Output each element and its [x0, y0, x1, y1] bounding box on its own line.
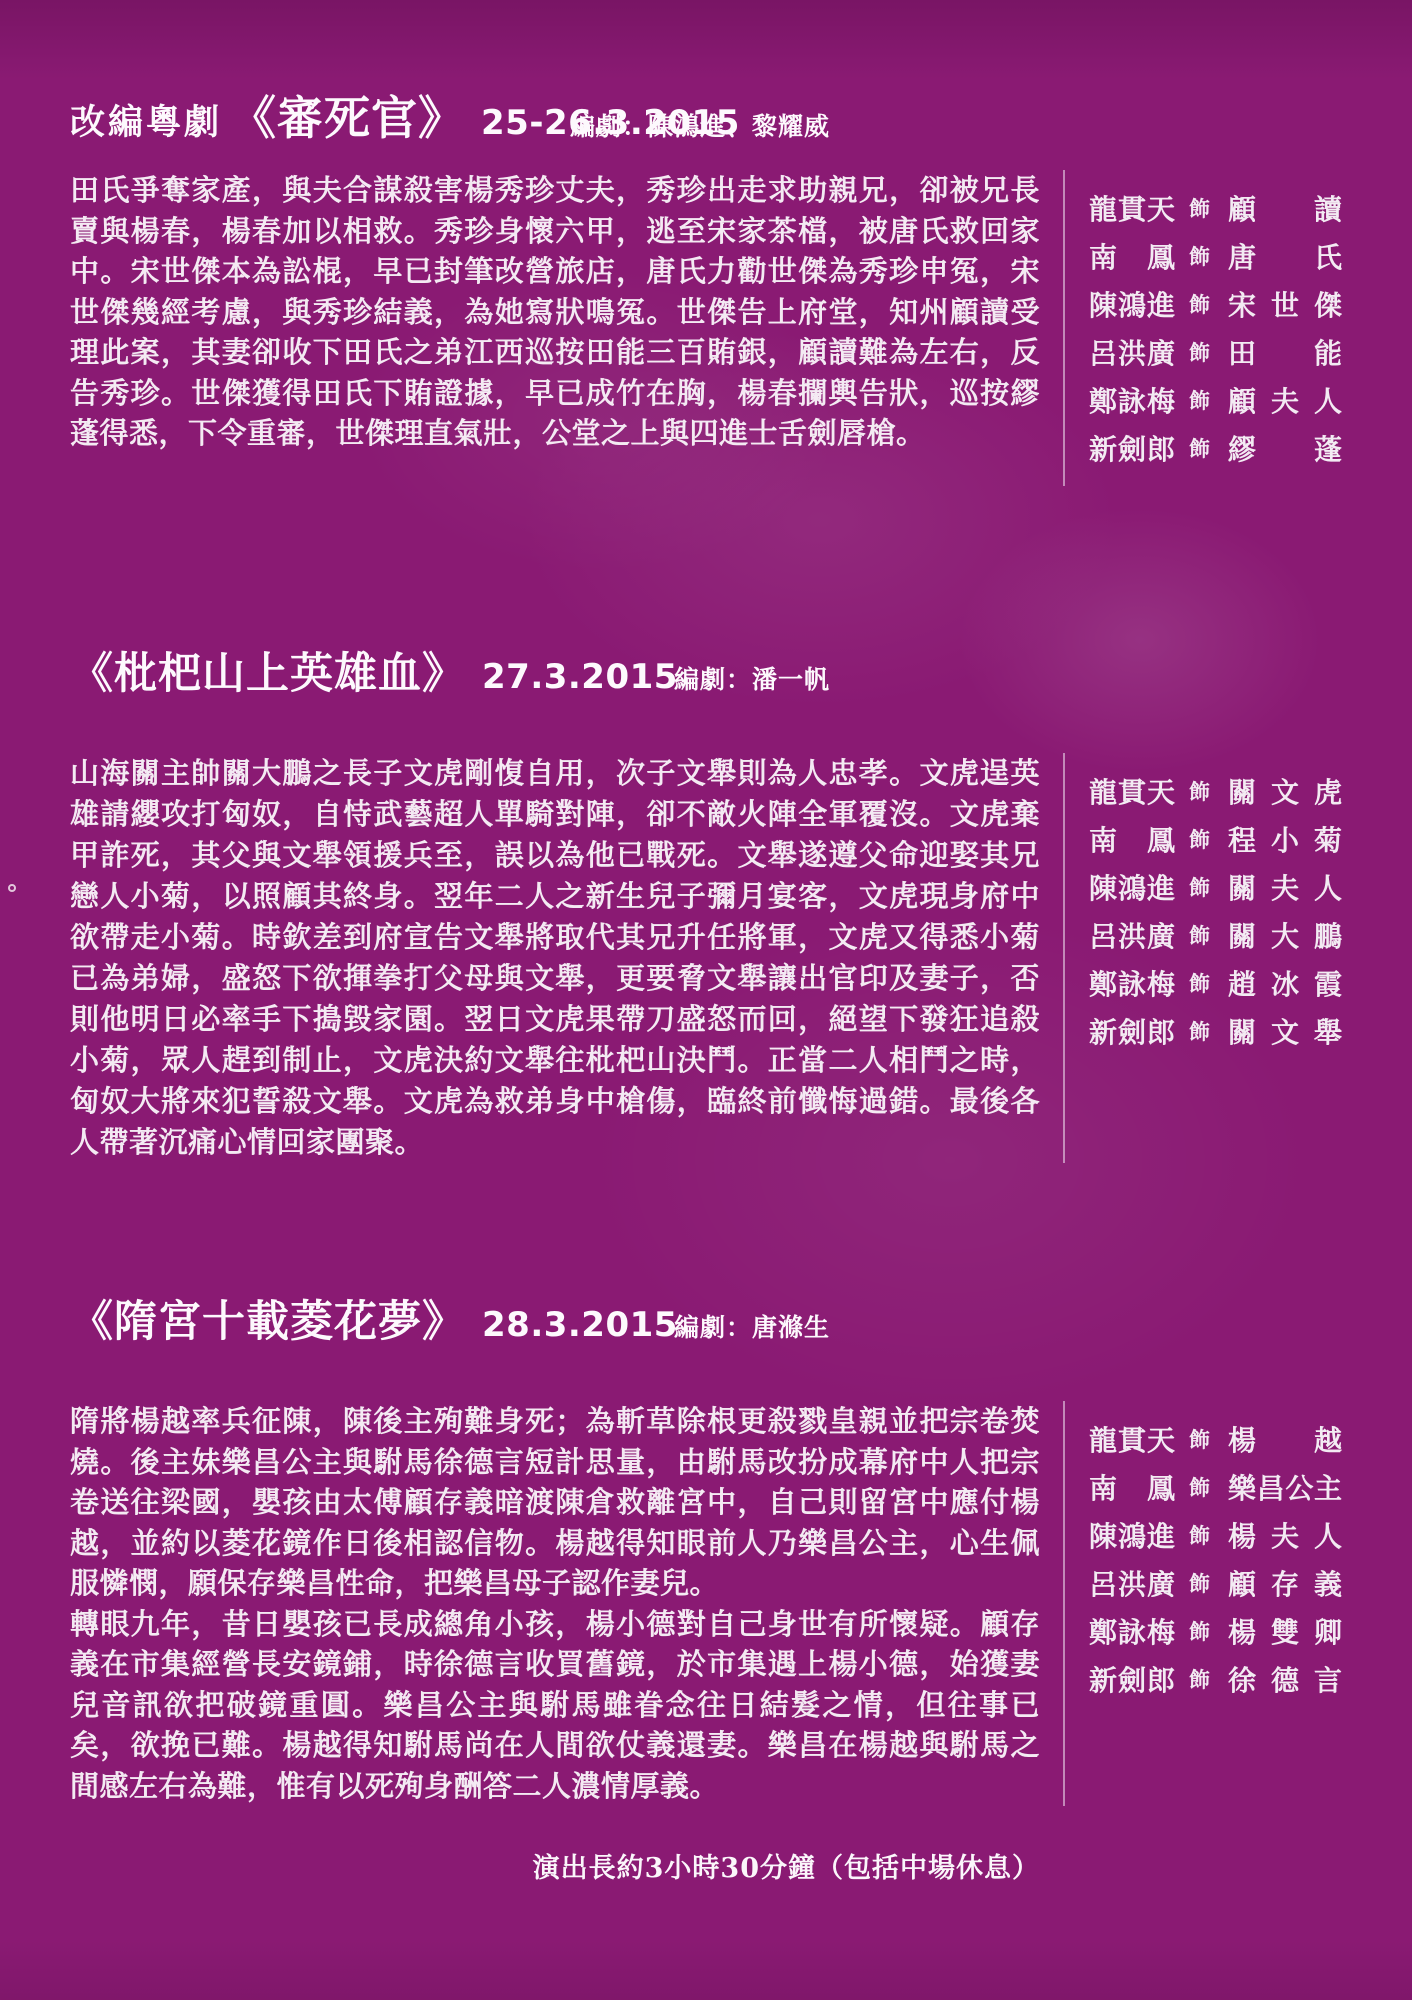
cast-row: 陳鴻進 飾 關夫人: [1089, 863, 1342, 911]
plays-label: 飾: [1189, 872, 1210, 902]
cast-row: 呂洪廣 飾 顧存義: [1089, 1559, 1342, 1607]
role-name: 樂昌公主: [1228, 1467, 1342, 1507]
synopsis-paragraph: 田氏爭奪家產，與夫合謀殺害楊秀珍丈夫，秀珍出走求助親兄，卻被兄長賣與楊春，楊春加…: [70, 170, 1040, 454]
role-name: 繆蓬: [1228, 428, 1342, 468]
actor-name: 龍貫天: [1089, 188, 1175, 228]
actor-name: 呂洪廣: [1089, 1563, 1175, 1603]
show-title: 《枇杷山上英雄血》: [70, 640, 466, 701]
synopsis: 田氏爭奪家產，與夫合謀殺害楊秀珍丈夫，秀珍出走求助親兄，卻被兄長賣與楊春，楊春加…: [70, 170, 1040, 486]
role-name: 顧存義: [1228, 1563, 1342, 1603]
role-name: 程小菊: [1228, 819, 1342, 859]
plays-label: 飾: [1189, 1616, 1210, 1646]
actor-name: 新劍郎: [1089, 1011, 1175, 1051]
show-title: 《隋宮十載菱花夢》: [70, 1288, 466, 1349]
actor-name: 龍貫天: [1089, 1419, 1175, 1459]
show-genre-prefix: 改編粵劇: [70, 95, 222, 145]
scan-speck: [8, 884, 16, 892]
role-name: 楊夫人: [1228, 1515, 1342, 1555]
synopsis-paragraph: 轉眼九年，昔日嬰孩已長成總角小孩，楊小德對自己身世有所懷疑。顧存義在市集經營長安…: [70, 1604, 1040, 1807]
section-header: 改編粵劇 《審死官》 25-26.3.2015 編劇：陳鴻進、黎耀威: [70, 82, 1342, 148]
cast-row: 鄭詠梅 飾 楊雙卿: [1089, 1607, 1342, 1655]
cast-row: 新劍郎 飾 關文舉: [1089, 1007, 1342, 1055]
actor-name: 呂洪廣: [1089, 915, 1175, 955]
role-name: 田能: [1228, 332, 1342, 372]
cast-row: 新劍郎 飾 繆蓬: [1089, 424, 1342, 472]
plays-label: 飾: [1189, 241, 1210, 271]
actor-name: 陳鴻進: [1089, 1515, 1175, 1555]
role-name: 關文虎: [1228, 771, 1342, 811]
actor-name: 鄭詠梅: [1089, 1611, 1175, 1651]
section-body: 隋將楊越率兵征陳，陳後主殉難身死；為斬草除根更殺戮皇親並把宗卷焚燒。後主妹樂昌公…: [70, 1401, 1342, 1806]
plays-label: 飾: [1189, 824, 1210, 854]
role-name: 徐德言: [1228, 1659, 1342, 1699]
section-body: 田氏爭奪家產，與夫合謀殺害楊秀珍丈夫，秀珍出走求助親兄，卻被兄長賣與楊春，楊春加…: [70, 170, 1342, 486]
section-body: 山海關主帥關大鵬之長子文虎剛愎自用，次子文舉則為人忠孝。文虎逞英雄請纓攻打匈奴，…: [70, 753, 1342, 1163]
plays-label: 飾: [1189, 385, 1210, 415]
playwright-credit: 編劇：潘一帆: [674, 660, 830, 696]
programme-page: { "page": { "background": "#8a1a73", "te…: [0, 0, 1412, 2000]
plays-label: 飾: [1189, 193, 1210, 223]
actor-name: 呂洪廣: [1089, 332, 1175, 372]
actor-name: 新劍郎: [1089, 1659, 1175, 1699]
plays-label: 飾: [1189, 776, 1210, 806]
role-name: 顧夫人: [1228, 380, 1342, 420]
role-name: 楊雙卿: [1228, 1611, 1342, 1651]
role-name: 唐氏: [1228, 236, 1342, 276]
role-name: 顧讀: [1228, 188, 1342, 228]
synopsis: 山海關主帥關大鵬之長子文虎剛愎自用，次子文舉則為人忠孝。文虎逞英雄請纓攻打匈奴，…: [70, 753, 1040, 1163]
plays-label: 飾: [1189, 1664, 1210, 1694]
plays-label: 飾: [1189, 968, 1210, 998]
show-section-sui-gung: 《隋宮十載菱花夢》 28.3.2015 編劇：唐滌生 隋將楊越率兵征陳，陳後主殉…: [70, 1288, 1342, 1806]
plays-label: 飾: [1189, 1424, 1210, 1454]
cast-list: 龍貫天 飾 顧讀 南鳳 飾 唐氏 陳鴻進 飾 宋世傑 呂洪廣 飾 田能 鄭詠梅: [1063, 170, 1342, 486]
plays-label: 飾: [1189, 1016, 1210, 1046]
role-name: 宋世傑: [1228, 284, 1342, 324]
plays-label: 飾: [1189, 920, 1210, 950]
plays-label: 飾: [1189, 289, 1210, 319]
cast-row: 呂洪廣 飾 關大鵬: [1089, 911, 1342, 959]
actor-name: 陳鴻進: [1089, 284, 1175, 324]
runtime-note: 演出長約3小時30分鐘（包括中場休息）: [533, 1846, 1040, 1885]
show-date: 27.3.2015: [482, 657, 678, 697]
show-section-sam-sei-gun: 改編粵劇 《審死官》 25-26.3.2015 編劇：陳鴻進、黎耀威 田氏爭奪家…: [70, 82, 1342, 486]
cast-list: 龍貫天 飾 關文虎 南鳳 飾 程小菊 陳鴻進 飾 關夫人 呂洪廣 飾 關大鵬 鄭…: [1063, 753, 1342, 1163]
cast-row: 南鳳 飾 唐氏: [1089, 232, 1342, 280]
role-name: 關夫人: [1228, 867, 1342, 907]
playwright-credit: 編劇：唐滌生: [674, 1308, 830, 1344]
cast-row: 南鳳 飾 程小菊: [1089, 815, 1342, 863]
show-date: 28.3.2015: [482, 1305, 678, 1345]
playwright-credit: 編劇：陳鴻進、黎耀威: [570, 107, 830, 143]
plays-label: 飾: [1189, 337, 1210, 367]
synopsis: 隋將楊越率兵征陳，陳後主殉難身死；為斬草除根更殺戮皇親並把宗卷焚燒。後主妹樂昌公…: [70, 1401, 1040, 1806]
section-header: 《隋宮十載菱花夢》 28.3.2015 編劇：唐滌生: [70, 1288, 1342, 1349]
cast-row: 龍貫天 飾 楊越: [1089, 1415, 1342, 1463]
plays-label: 飾: [1189, 1520, 1210, 1550]
section-header: 《枇杷山上英雄血》 27.3.2015 編劇：潘一帆: [70, 640, 1342, 701]
cast-row: 南鳳 飾 樂昌公主: [1089, 1463, 1342, 1511]
cast-row: 新劍郎 飾 徐德言: [1089, 1655, 1342, 1703]
role-name: 趙冰霞: [1228, 963, 1342, 1003]
show-section-pei-pa-shan: 《枇杷山上英雄血》 27.3.2015 編劇：潘一帆 山海關主帥關大鵬之長子文虎…: [70, 640, 1342, 1163]
synopsis-paragraph: 山海關主帥關大鵬之長子文虎剛愎自用，次子文舉則為人忠孝。文虎逞英雄請纓攻打匈奴，…: [70, 753, 1040, 1163]
actor-name: 南鳳: [1089, 236, 1175, 276]
actor-name: 龍貫天: [1089, 771, 1175, 811]
actor-name: 新劍郎: [1089, 428, 1175, 468]
cast-row: 陳鴻進 飾 宋世傑: [1089, 280, 1342, 328]
cast-row: 鄭詠梅 飾 顧夫人: [1089, 376, 1342, 424]
plays-label: 飾: [1189, 433, 1210, 463]
cast-list: 龍貫天 飾 楊越 南鳳 飾 樂昌公主 陳鴻進 飾 楊夫人 呂洪廣 飾 顧存義 鄭…: [1063, 1401, 1342, 1806]
actor-name: 鄭詠梅: [1089, 963, 1175, 1003]
synopsis-paragraph: 隋將楊越率兵征陳，陳後主殉難身死；為斬草除根更殺戮皇親並把宗卷焚燒。後主妹樂昌公…: [70, 1401, 1040, 1604]
cast-row: 龍貫天 飾 關文虎: [1089, 767, 1342, 815]
cast-row: 鄭詠梅 飾 趙冰霞: [1089, 959, 1342, 1007]
plays-label: 飾: [1189, 1568, 1210, 1598]
cast-row: 龍貫天 飾 顧讀: [1089, 184, 1342, 232]
role-name: 關大鵬: [1228, 915, 1342, 955]
role-name: 關文舉: [1228, 1011, 1342, 1051]
actor-name: 陳鴻進: [1089, 867, 1175, 907]
role-name: 楊越: [1228, 1419, 1342, 1459]
cast-row: 陳鴻進 飾 楊夫人: [1089, 1511, 1342, 1559]
actor-name: 南鳳: [1089, 1467, 1175, 1507]
plays-label: 飾: [1189, 1472, 1210, 1502]
show-title: 《審死官》: [230, 82, 465, 148]
actor-name: 南鳳: [1089, 819, 1175, 859]
actor-name: 鄭詠梅: [1089, 380, 1175, 420]
cast-row: 呂洪廣 飾 田能: [1089, 328, 1342, 376]
